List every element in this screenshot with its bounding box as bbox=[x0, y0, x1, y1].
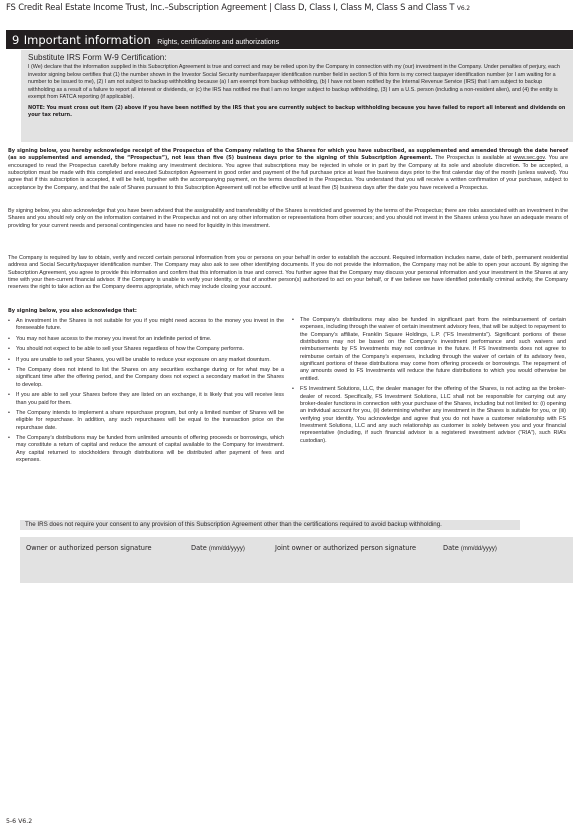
assignability-paragraph: By signing below, you also acknowledge t… bbox=[8, 208, 568, 230]
owner-date-field[interactable]: Date (mm/dd/yyyy) bbox=[191, 544, 245, 552]
section-title: Important information bbox=[24, 33, 151, 47]
section-subtitle: Rights, certifications and authorization… bbox=[157, 39, 279, 46]
list-item: The Company’s distributions may be funde… bbox=[8, 435, 284, 464]
owner-signature-label: Owner or authorized person signature bbox=[26, 544, 152, 552]
section-header: 9 Important information Rights, certific… bbox=[6, 30, 573, 49]
joint-signature-field[interactable]: Joint owner or authorized person signatu… bbox=[275, 544, 416, 552]
list-item: The Company’s distributions may also be … bbox=[292, 317, 566, 383]
list-item: If you are unable to sell your Shares, y… bbox=[8, 357, 284, 364]
owner-signature-field[interactable]: Owner or authorized person signature bbox=[26, 544, 152, 552]
acknowledge-list-left: An investment in the Shares is not suita… bbox=[8, 318, 284, 468]
signature-box: Owner or authorized person signature Dat… bbox=[20, 537, 573, 583]
date-label: Date bbox=[191, 544, 207, 552]
page-footer: 5-6 V6.2 bbox=[6, 818, 32, 825]
w9-certification-box: Substitute IRS Form W-9 Certification: I… bbox=[21, 50, 573, 142]
section-number: 9 bbox=[12, 33, 19, 47]
acknowledge-list-right: The Company’s distributions may also be … bbox=[292, 317, 566, 448]
list-item: An investment in the Shares is not suita… bbox=[8, 318, 284, 333]
list-item: You may not have access to the money you… bbox=[8, 336, 284, 343]
joint-date-field[interactable]: Date (mm/dd/yyyy) bbox=[443, 544, 497, 552]
acknowledge-heading: By signing below, you also acknowledge t… bbox=[8, 308, 137, 314]
list-item: The Company does not intend to list the … bbox=[8, 367, 284, 389]
date-label: Date bbox=[443, 544, 459, 552]
w9-body: I (We) declare that the information supp… bbox=[28, 64, 567, 102]
joint-signature-label: Joint owner or authorized person signatu… bbox=[275, 544, 416, 552]
irs-notice: The IRS does not require your consent to… bbox=[20, 520, 520, 530]
document-version: V6.2 bbox=[457, 5, 470, 12]
date-format: (mm/dd/yyyy) bbox=[209, 546, 245, 552]
list-item: If you are able to sell your Shares befo… bbox=[8, 392, 284, 407]
document-header: FS Credit Real Estate Income Trust, Inc.… bbox=[6, 2, 470, 12]
list-item: FS Investment Solutions, LLC, the dealer… bbox=[292, 386, 566, 445]
prospectus-paragraph: By signing below, you hereby acknowledge… bbox=[8, 148, 568, 192]
w9-note: NOTE: You must cross out item (2) above … bbox=[28, 105, 567, 120]
document-title: FS Credit Real Estate Income Trust, Inc.… bbox=[6, 2, 454, 12]
personal-info-paragraph: The Company is required by law to obtain… bbox=[8, 255, 568, 292]
list-item: The Company intends to implement a share… bbox=[8, 410, 284, 432]
date-format: (mm/dd/yyyy) bbox=[461, 546, 497, 552]
list-item: You should not expect to be able to sell… bbox=[8, 346, 284, 353]
w9-title: Substitute IRS Form W-9 Certification: bbox=[28, 53, 567, 62]
sec-link[interactable]: www.sec.gov bbox=[513, 155, 544, 161]
